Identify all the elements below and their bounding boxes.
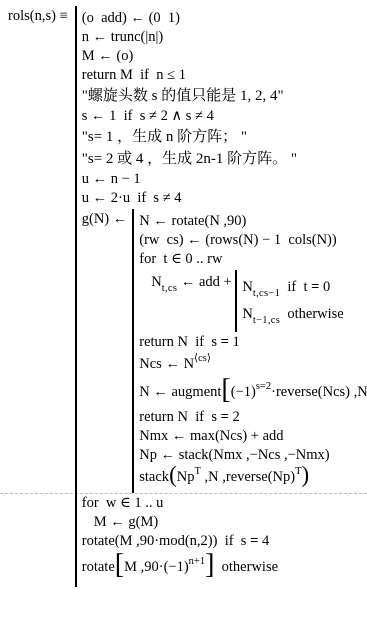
stmt-g-rowscols[interactable]: (rw cs) ← (rows(N) − 1 cols(N)) [139,232,367,249]
bool-equals: = [221,334,229,350]
expr-text: stack [139,469,169,485]
return-text: return N if s [139,409,220,425]
case-t-zero[interactable]: Nt,cs−1 if t = 0 [242,275,343,299]
left-bracket: [ [115,549,124,580]
subscript: t,cs [162,283,178,294]
superscript: n+1 [189,556,205,567]
stmt-comment-s1[interactable]: "s= 1 ，生成 n 阶方阵； " [82,127,367,147]
superscript: s=2 [256,381,271,392]
stmt-g-for-t[interactable]: for t ∈ 0 .. rw [139,251,367,268]
condition-value: 0 [319,279,330,295]
expr-text: ,N ,reverse(Np) [201,469,295,485]
stmt-comment-heads[interactable]: "螺旋头数 s 的值只能是 1, 2, 4" [82,86,367,106]
definition-label[interactable]: rols(n,s) ≡ [8,6,68,25]
condition-value: 1 [229,334,240,350]
stmt-init-vector[interactable]: (o add) ← (0 1) [82,10,367,27]
expr-text: M ,90·(−1) [124,559,189,575]
otherwise-text: otherwise [214,559,278,575]
stmt-g-nmx[interactable]: Nmx ← max(Ncs) + add [139,428,367,445]
right-paren: ) [302,462,310,487]
stmt-trunc-n[interactable]: n ← trunc(|n|) [82,29,367,46]
expr-text: Ncs ← N [139,356,194,372]
expr-text: ·reverse(Ncs) ,N [271,384,367,400]
matrix-var: N [242,279,252,295]
expr-text: rotate [82,559,115,575]
stmt-comment-s24[interactable]: "s= 2 或 4 ，生成 2n-1 阶方阵。 " [82,149,367,169]
condition-text: if t [280,279,311,295]
stmt-g-return-s2[interactable]: return N if s = 2 [139,409,367,426]
g-function-label: g(N) ← [82,209,128,228]
matrix-var: N [242,306,252,322]
stmt-default-s[interactable]: s ← 1 if s ≠ 2 ∧ s ≠ 4 [82,108,367,125]
program-block-g: N ← rotate(N ,90) (rw cs) ← (rows(N) − 1… [132,209,367,493]
expr-text: rotate(M ,90·mod(n,2)) if s [82,533,250,549]
stmt-apply-g[interactable]: M ← g(M) [94,514,367,531]
function-definition: rols(n,s) ≡ (o add) ← (0 1) n ← trunc(|n… [8,6,367,587]
stmt-g-column[interactable]: Ncs ← N⟨cs⟩ [139,353,367,375]
stmt-return-trivial[interactable]: return M if n ≤ 1 [82,67,367,84]
expr-text: Np [177,469,195,485]
expr-text: (−1) [231,384,256,400]
right-bracket: ] [205,549,214,580]
assign-lhs: Nt,cs ← add + [151,270,235,294]
stmt-g-stack-result[interactable]: stack(NpT ,N ,reverse(Np)T) [139,466,367,488]
program-block-main: (o add) ← (0 1) n ← trunc(|n|) M ← (o) r… [75,6,367,587]
case-otherwise[interactable]: Nt−1,cs otherwise [242,302,343,326]
program-block-cases: Nt,cs−1 if t = 0 Nt−1,cs otherwise [235,270,343,332]
condition-value: 4 [258,533,269,549]
matrix-var: N [151,274,161,290]
return-text: return N if s [139,334,220,350]
stmt-u-double[interactable]: u ← 2·u if s ≠ 4 [82,190,367,207]
stmt-init-matrix[interactable]: M ← (o) [82,48,367,65]
left-paren: ( [169,462,177,487]
stmt-define-g[interactable]: g(N) ← N ← rotate(N ,90) (rw cs) ← (rows… [82,209,367,493]
left-bracket: [ [221,374,230,405]
stmt-g-rotate[interactable]: N ← rotate(N ,90) [139,213,367,230]
bool-equals: = [221,409,229,425]
subscript: t−1,cs [253,315,280,326]
stmt-u-init[interactable]: u ← n − 1 [82,171,367,188]
assign-op: ← add + [177,274,235,290]
condition-value: 2 [229,409,240,425]
expr-text: N ← augment [139,384,221,400]
function-signature: rols(n,s) [8,8,56,24]
stmt-g-augment[interactable]: N ← augment[(−1)s=2·reverse(Ncs) ,N] [139,377,367,407]
otherwise-text: otherwise [280,306,344,322]
subscript: t,cs−1 [253,288,280,299]
define-equals-symbol: ≡ [60,8,68,24]
stmt-for-w[interactable]: for w ∈ 1 .. u [82,495,367,512]
stmt-g-return-s1[interactable]: return N if s = 1 [139,334,367,351]
stmt-rotate-otherwise[interactable]: rotate[M ,90·(−1)n+1] otherwise [82,552,367,582]
column-superscript: ⟨cs⟩ [194,353,211,364]
stmt-rotate-s4[interactable]: rotate(M ,90·mod(n,2)) if s = 4 [82,533,367,550]
stmt-g-corner-assign[interactable]: Nt,cs ← add + Nt,cs−1 if t = 0 Nt−1,cs o… [151,270,367,332]
